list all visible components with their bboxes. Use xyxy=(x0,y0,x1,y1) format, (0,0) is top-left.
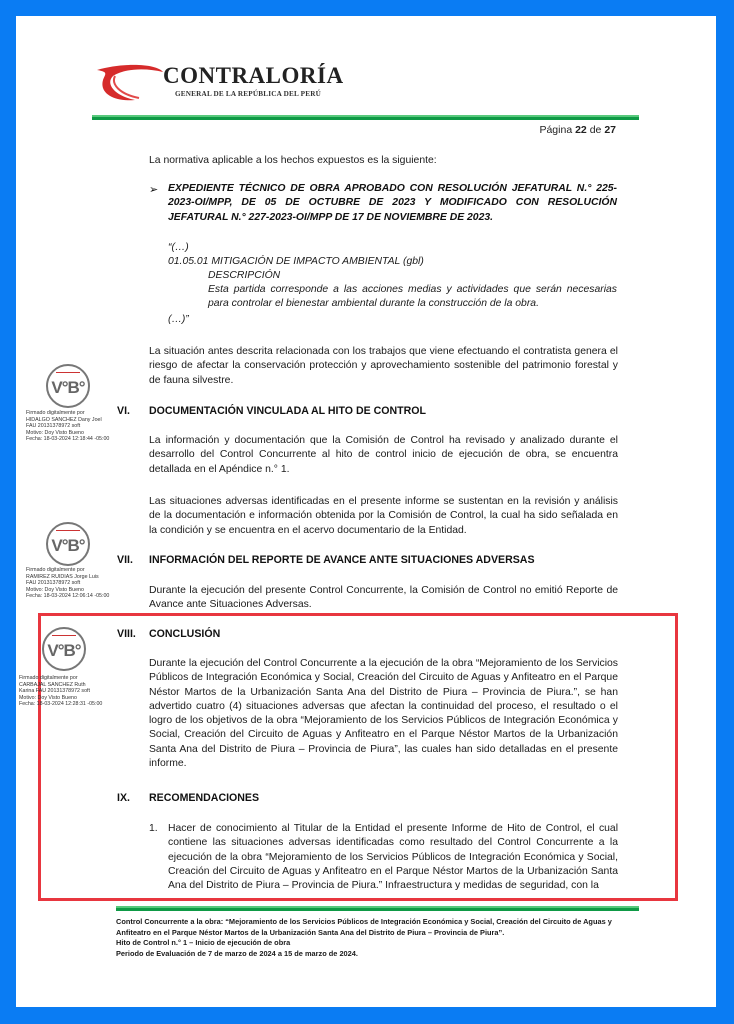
quote-desc-text: Esta partida corresponde a las acciones … xyxy=(208,283,617,312)
signature-block: Firmado digitalmente porRAMIREZ RUIDIAS … xyxy=(26,567,109,600)
footer-line: Hito de Control n.° 1 – Inicio de ejecuc… xyxy=(116,938,636,949)
situation-paragraph: La situación antes descrita relacionada … xyxy=(149,345,618,388)
contraloria-logo-icon xyxy=(95,60,165,104)
intro-paragraph: La normativa aplicable a los hechos expu… xyxy=(149,154,619,168)
page-total: 27 xyxy=(604,124,616,136)
page-current: 22 xyxy=(575,124,587,136)
logo-title: CONTRALORÍA xyxy=(163,63,344,89)
bullet-arrow-icon: ➢ xyxy=(149,183,158,196)
page-label: Página xyxy=(539,124,572,136)
footer: Control Concurrente a la obra: “Mejorami… xyxy=(116,917,636,959)
footer-line: Control Concurrente a la obra: “Mejorami… xyxy=(116,917,636,938)
section-vi-paragraph-1: La información y documentación que la Co… xyxy=(149,434,618,477)
highlight-box xyxy=(38,613,678,901)
page-of: de xyxy=(590,124,602,136)
signature-block: Firmado digitalmente porCARBAJAL SANCHEZ… xyxy=(19,675,102,708)
section-number-vii: VII. xyxy=(117,554,133,566)
logo-subtitle: GENERAL DE LA REPÚBLICA DEL PERÚ xyxy=(175,90,321,98)
signature-block: Firmado digitalmente porHIDALGO SANCHEZ … xyxy=(26,410,109,443)
quote-open: “(…) xyxy=(168,241,189,255)
header-rule xyxy=(92,115,639,120)
regulation-title: EXPEDIENTE TÉCNICO DE OBRA APROBADO CON … xyxy=(168,182,617,225)
section-title-vii: INFORMACIÓN DEL REPORTE DE AVANCE ANTE S… xyxy=(149,554,535,566)
vb-stamp-icon: V°B° xyxy=(42,627,86,671)
quote-item: 01.05.01 MITIGACIÓN DE IMPACTO AMBIENTAL… xyxy=(168,255,424,269)
section-number-vi: VI. xyxy=(117,405,130,417)
vb-stamp-icon: V°B° xyxy=(46,522,90,566)
vb-stamp-icon: V°B° xyxy=(46,364,90,408)
footer-rule xyxy=(116,906,639,911)
quote-desc-label: DESCRIPCIÓN xyxy=(208,269,280,283)
section-title-vi: DOCUMENTACIÓN VINCULADA AL HITO DE CONTR… xyxy=(149,405,426,417)
footer-line: Periodo de Evaluación de 7 de marzo de 2… xyxy=(116,949,636,960)
quote-close: (…)” xyxy=(168,313,189,327)
page-number: Página 22 de 27 xyxy=(440,124,616,136)
section-vi-paragraph-2: Las situaciones adversas identificadas e… xyxy=(149,495,618,538)
section-vii-paragraph: Durante la ejecución del presente Contro… xyxy=(149,584,618,613)
